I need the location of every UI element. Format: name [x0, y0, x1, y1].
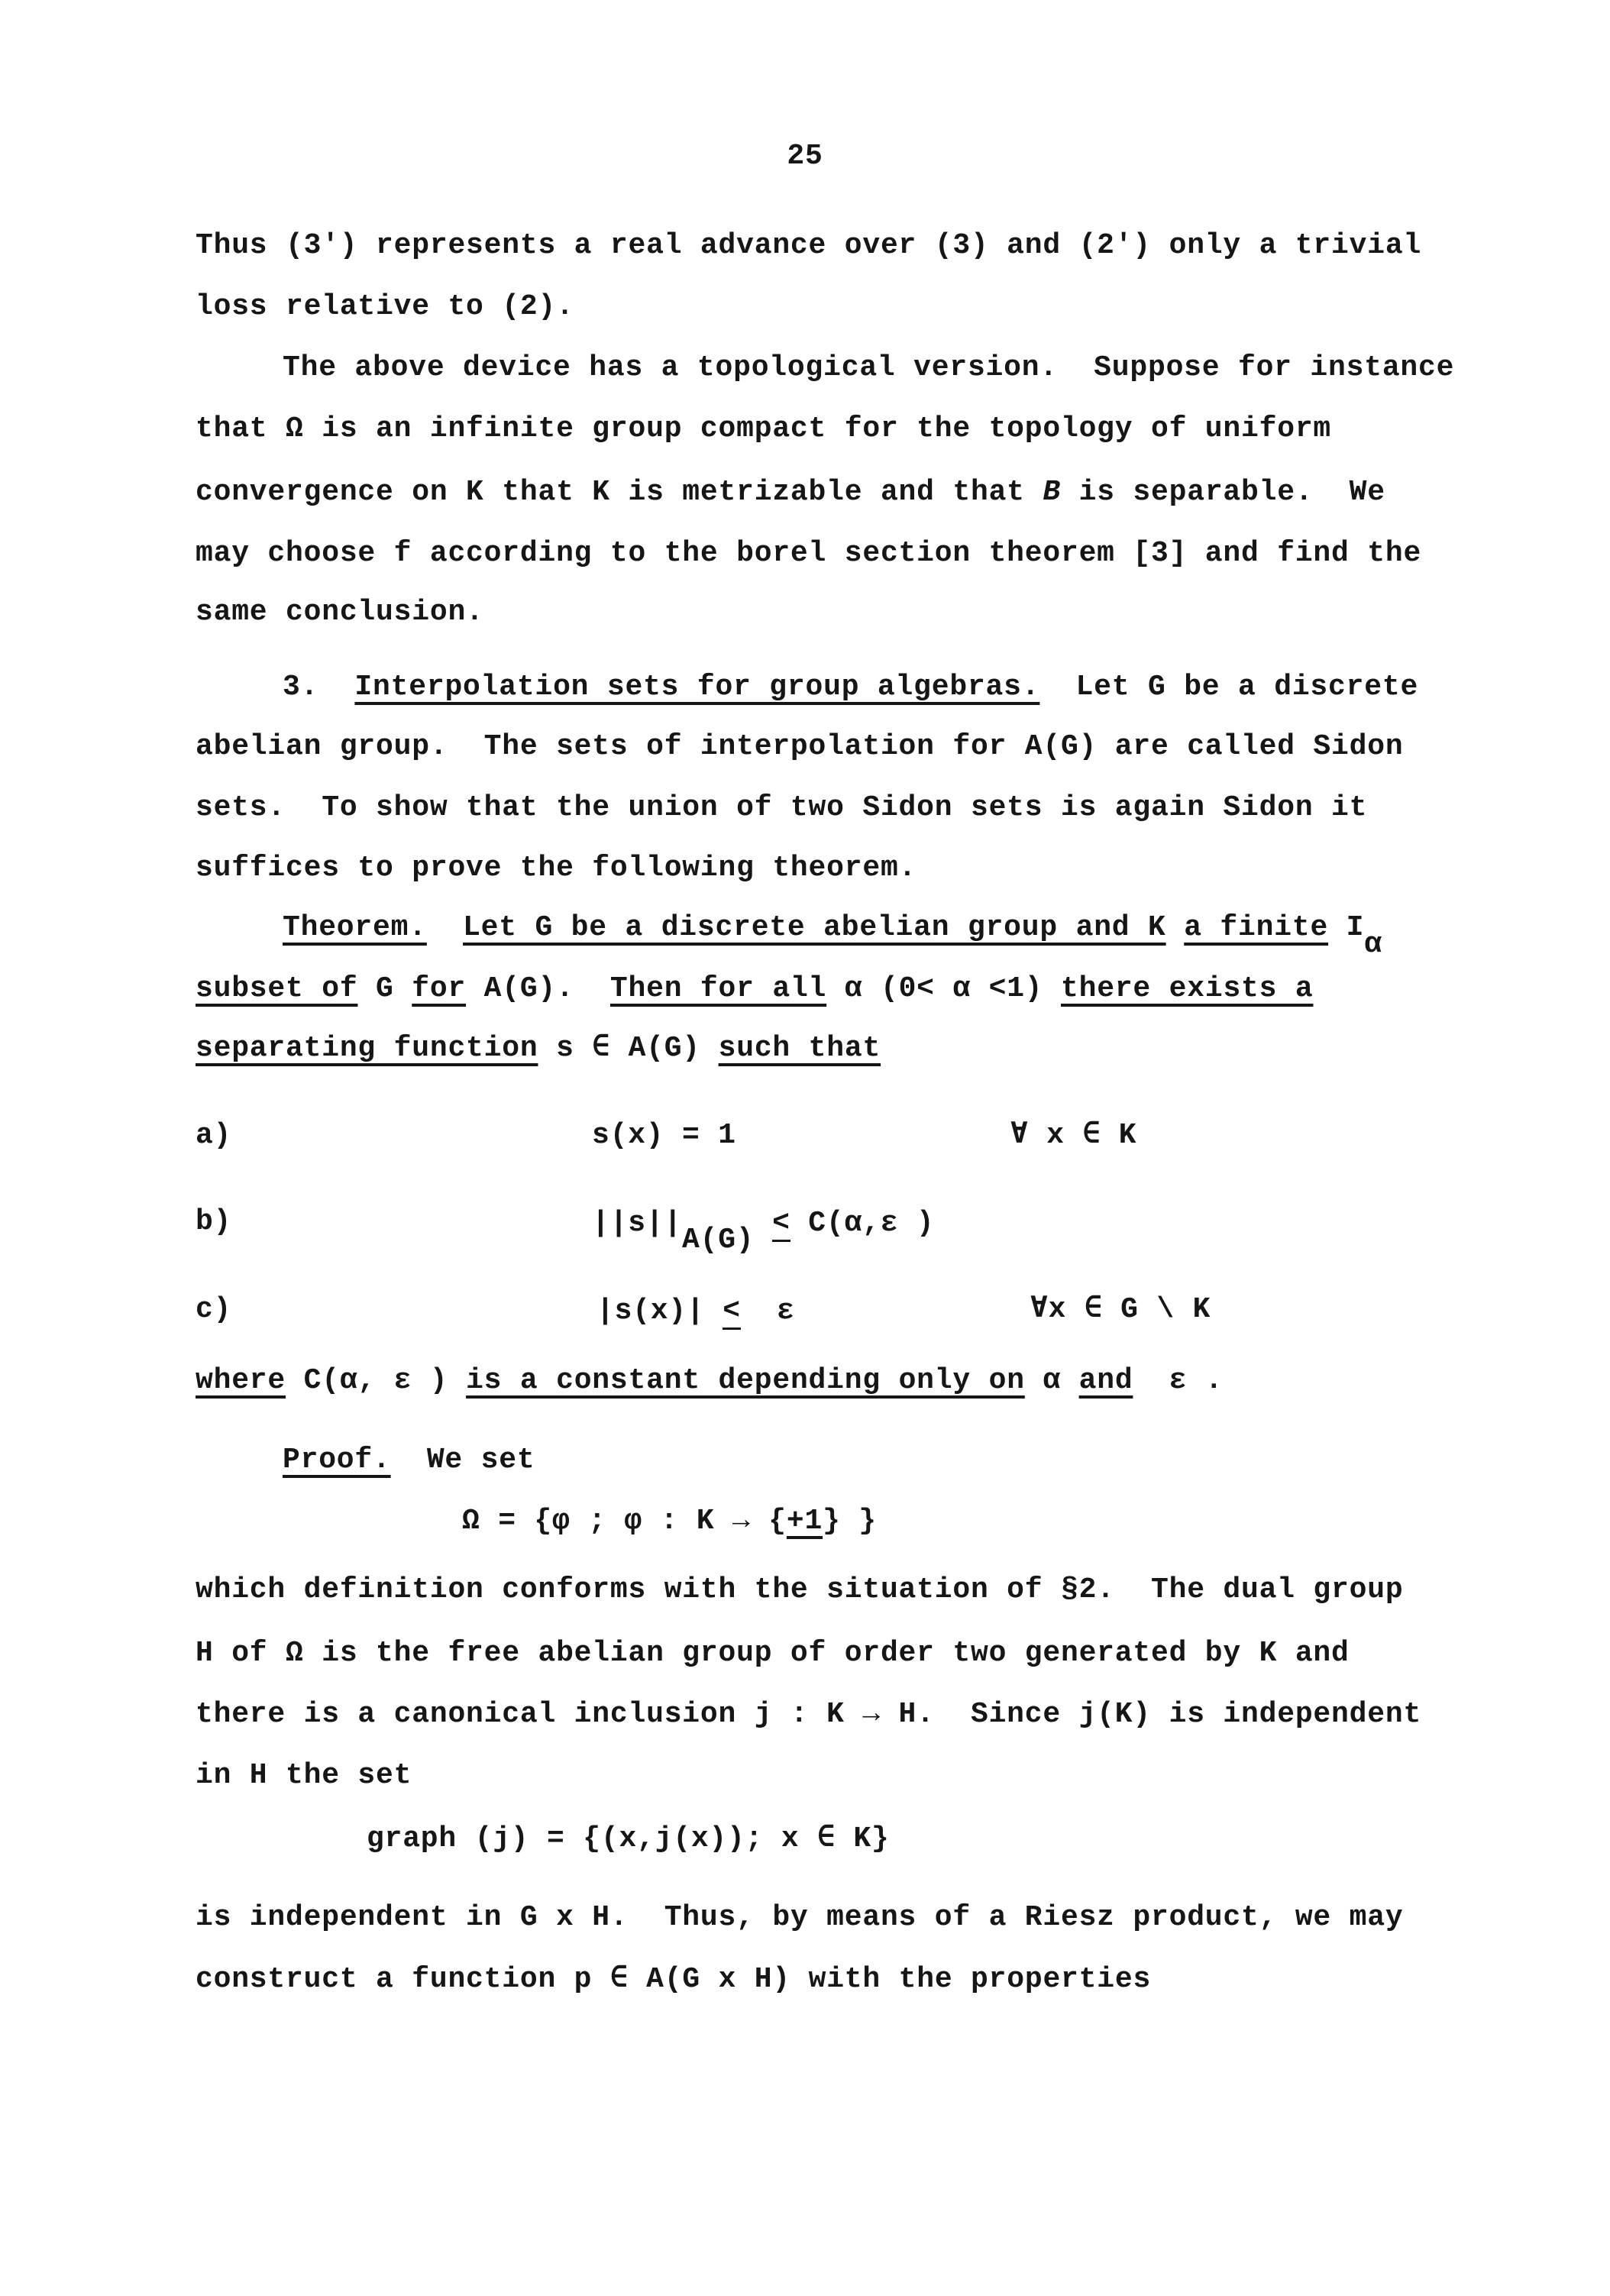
- text-line: graph (j) = {(x,j(x)); x ∈ K}: [367, 1825, 890, 1854]
- text-segment: H of Ω is the free abelian group of orde…: [196, 1637, 1350, 1670]
- text-segment: C(α,ε ): [790, 1207, 935, 1240]
- text-segment: is independent in G x H. Thus, by means …: [196, 1901, 1403, 1934]
- text-segment: convergence on K that K is metrizable an…: [196, 476, 1043, 509]
- text-segment: [754, 1207, 772, 1240]
- page: 25 Thus (3') represents a real advance o…: [0, 0, 1610, 2296]
- text-segment: Proof.: [283, 1444, 391, 1476]
- text-segment: is separable. We: [1061, 476, 1385, 509]
- text-segment: I: [1328, 911, 1364, 944]
- text-segment: abelian group. The sets of interpolation…: [196, 730, 1403, 763]
- text-segment: ∀ x ∈ K: [1010, 1119, 1136, 1152]
- text-line: that Ω is an infinite group compact for …: [196, 415, 1331, 444]
- text-segment: α: [1025, 1364, 1079, 1397]
- text-segment: that Ω is an infinite group compact for …: [196, 412, 1331, 445]
- text-line: is independent in G x H. Thus, by means …: [196, 1903, 1403, 1932]
- text-segment: b): [196, 1205, 231, 1238]
- text-line: Theorem. Let G be a discrete abelian gro…: [283, 914, 1382, 943]
- text-segment: ε: [741, 1295, 795, 1327]
- text-segment: C(α, ε ): [286, 1364, 466, 1397]
- text-line: subset of G for A(G). Then for all α (0<…: [196, 975, 1313, 1004]
- text-segment: 3.: [283, 671, 354, 703]
- text-segment: such that: [719, 1032, 881, 1065]
- text-line: separating function s ∈ A(G) such that: [196, 1034, 881, 1063]
- text-segment: is a constant depending only on: [466, 1364, 1025, 1397]
- text-line: construct a function p ∈ A(G x H) with t…: [196, 1965, 1151, 1994]
- text-segment: separating function: [196, 1032, 538, 1065]
- text-segment: B: [1043, 476, 1061, 509]
- text-line: ∀ x ∈ K: [1010, 1121, 1136, 1150]
- text-segment: Interpolation sets for group algebras.: [354, 671, 1039, 703]
- text-segment: suffices to prove the following theorem.: [196, 852, 917, 884]
- text-segment: ε .: [1133, 1364, 1223, 1397]
- text-segment: α: [1364, 928, 1382, 961]
- text-segment: ||s||: [592, 1207, 682, 1240]
- text-line: same conclusion.: [196, 598, 484, 627]
- text-segment: construct a function p ∈ A(G x H) with t…: [196, 1963, 1151, 1996]
- text-line: H of Ω is the free abelian group of orde…: [196, 1639, 1350, 1668]
- text-segment: same conclusion.: [196, 596, 484, 629]
- text-line: may choose f according to the borel sect…: [196, 539, 1421, 568]
- text-line: sets. To show that the union of two Sido…: [196, 794, 1367, 823]
- text-line: s(x) = 1: [592, 1121, 736, 1150]
- text-segment: c): [196, 1293, 231, 1326]
- text-line: abelian group. The sets of interpolation…: [196, 732, 1403, 762]
- text-segment: which definition conforms with the situa…: [196, 1573, 1403, 1606]
- text-segment: for: [412, 972, 466, 1005]
- text-line: which definition conforms with the situa…: [196, 1576, 1403, 1605]
- text-segment: and: [1079, 1364, 1133, 1397]
- text-line: suffices to prove the following theorem.: [196, 854, 917, 883]
- text-segment: Let G be a discrete: [1039, 671, 1418, 703]
- text-line: Thus (3') represents a real advance over…: [196, 231, 1421, 260]
- text-segment: [427, 911, 463, 944]
- text-segment: may choose f according to the borel sect…: [196, 537, 1421, 570]
- text-line: there is a canonical inclusion j : K → H…: [196, 1700, 1421, 1729]
- text-segment: sets. To show that the union of two Sido…: [196, 791, 1367, 824]
- text-line: Ω = {φ ; φ : K → {+1} }: [462, 1507, 877, 1536]
- text-segment: Let G be a discrete abelian group and K: [463, 911, 1166, 944]
- text-line: convergence on K that K is metrizable an…: [196, 478, 1385, 507]
- text-segment: Thus (3') represents a real advance over…: [196, 229, 1421, 262]
- text-line: where C(α, ε ) is a constant depending o…: [196, 1366, 1223, 1395]
- text-segment: where: [196, 1364, 286, 1397]
- text-segment: α (0< α <1): [826, 972, 1061, 1005]
- text-line: Proof. We set: [283, 1446, 535, 1475]
- text-segment: a finite: [1184, 911, 1328, 944]
- text-segment: } }: [823, 1505, 877, 1538]
- text-line: 3. Interpolation sets for group algebras…: [283, 673, 1418, 702]
- text-segment: Then for all: [610, 972, 826, 1005]
- text-segment: there is a canonical inclusion j : K → H…: [196, 1698, 1421, 1731]
- text-segment: |s(x)|: [596, 1295, 723, 1327]
- text-segment: +1: [787, 1505, 823, 1538]
- text-segment: Ω = {φ ; φ : K → {: [462, 1505, 787, 1538]
- text-segment: G: [357, 972, 412, 1005]
- text-segment: s ∈ A(G): [538, 1032, 718, 1065]
- text-segment: We set: [391, 1444, 535, 1476]
- text-line: in H the set: [196, 1761, 412, 1790]
- text-segment: a): [196, 1119, 231, 1152]
- text-segment: <: [772, 1208, 790, 1242]
- text-line: a): [196, 1121, 231, 1150]
- text-segment: loss relative to (2).: [196, 290, 574, 323]
- text-segment: ∀x ∈ G \ K: [1030, 1293, 1211, 1326]
- text-line: |s(x)| < ε: [596, 1295, 795, 1330]
- text-segment: A(G): [682, 1224, 754, 1256]
- text-segment: <: [723, 1295, 741, 1330]
- text-line: loss relative to (2).: [196, 293, 574, 322]
- text-segment: graph (j) = {(x,j(x)); x ∈ K}: [367, 1822, 890, 1855]
- text-segment: [1166, 911, 1185, 944]
- text-segment: in H the set: [196, 1759, 412, 1792]
- page-number: 25: [787, 142, 823, 171]
- text-segment: The above device has a topological versi…: [283, 351, 1454, 384]
- text-segment: subset of: [196, 972, 357, 1005]
- text-line: b): [196, 1208, 231, 1237]
- text-segment: there exists a: [1061, 972, 1313, 1005]
- text-segment: s(x) = 1: [592, 1119, 736, 1152]
- text-line: c): [196, 1295, 231, 1324]
- text-line: ∀x ∈ G \ K: [1030, 1295, 1211, 1324]
- text-line: The above device has a topological versi…: [283, 354, 1454, 383]
- text-line: ||s||A(G) < C(α,ε ): [592, 1208, 935, 1242]
- text-segment: A(G).: [466, 972, 610, 1005]
- text-segment: Theorem.: [283, 911, 427, 944]
